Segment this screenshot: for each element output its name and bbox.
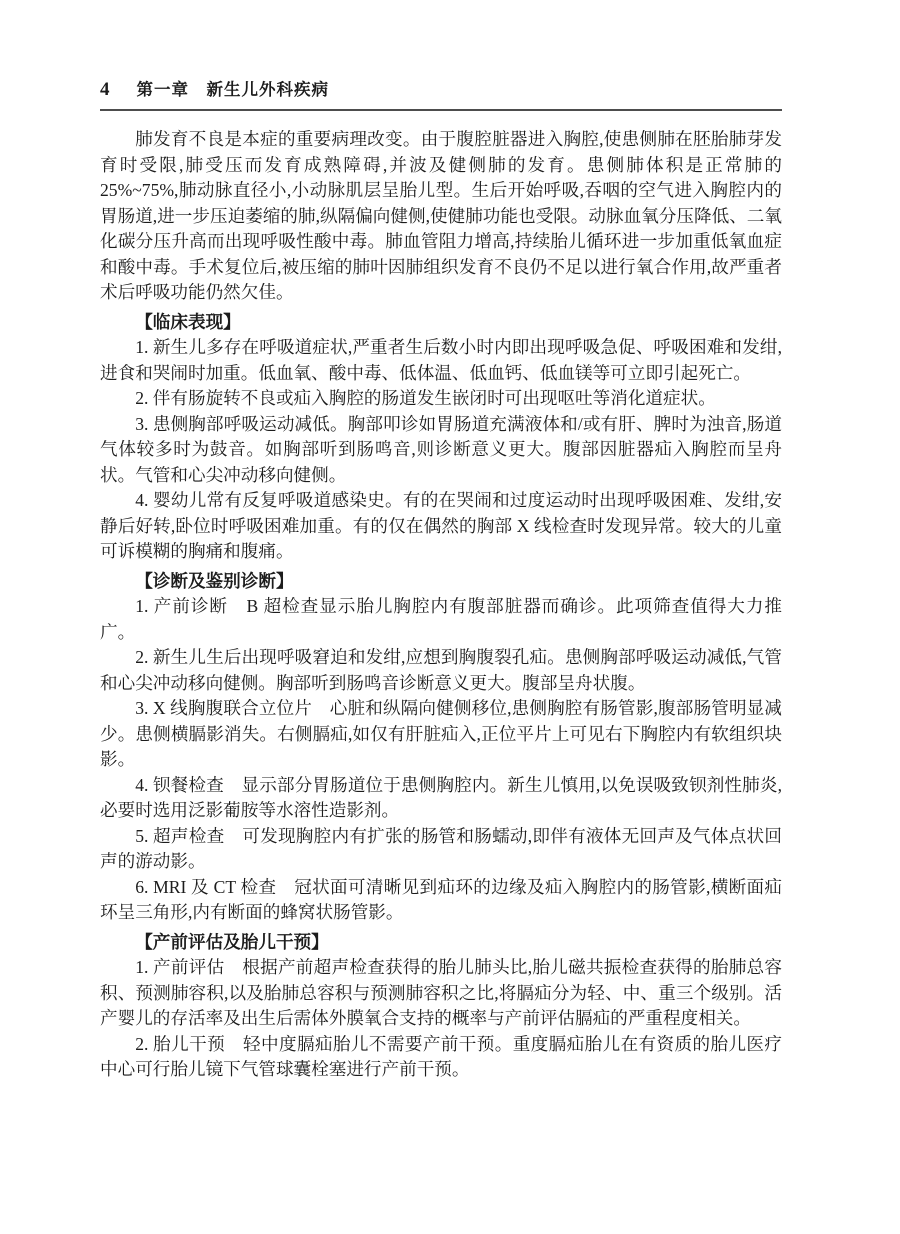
numbered-item: 3. 患侧胸部呼吸运动减低。胸部叩诊如胃肠道充满液体和/或有肝、脾时为浊音,肠道…	[100, 412, 782, 489]
paragraph: 肺发育不良是本症的重要病理改变。由于腹腔脏器进入胸腔,使患侧肺在胚胎肺芽发育时受…	[100, 127, 782, 306]
page-number: 4	[100, 79, 110, 101]
numbered-item: 4. 钡餐检查 显示部分胃肠道位于患侧胸腔内。新生儿慎用,以免误吸致钡剂性肺炎,…	[100, 773, 782, 824]
numbered-item: 1. 新生儿多存在呼吸道症状,严重者生后数小时内即出现呼吸急促、呼吸困难和发绀,…	[100, 335, 782, 386]
book-page: 4 第一章 新生儿外科疾病 肺发育不良是本症的重要病理改变。由于腹腔脏器进入胸腔…	[0, 0, 900, 1234]
text-column: 肺发育不良是本症的重要病理改变。由于腹腔脏器进入胸腔,使患侧肺在胚胎肺芽发育时受…	[100, 127, 782, 1083]
chapter-title: 第一章 新生儿外科疾病	[137, 76, 330, 100]
numbered-item: 2. 新生儿生后出现呼吸窘迫和发绀,应想到胸腹裂孔疝。患侧胸部呼吸运动减低,气管…	[100, 645, 782, 696]
section-heading: 【产前评估及胎儿干预】	[100, 930, 782, 956]
numbered-item: 5. 超声检查 可发现胸腔内有扩张的肠管和肠蠕动,即伴有液体无回声及气体点状回声…	[100, 824, 782, 875]
section-heading: 【诊断及鉴别诊断】	[100, 569, 782, 595]
numbered-item: 2. 伴有肠旋转不良或疝入胸腔的肠道发生嵌闭时可出现呕吐等消化道症状。	[100, 386, 782, 412]
numbered-item: 1. 产前诊断 B 超检查显示胎儿胸腔内有腹部脏器而确诊。此项筛查值得大力推广。	[100, 594, 782, 645]
page-header: 4 第一章 新生儿外科疾病	[100, 76, 782, 111]
numbered-item: 6. MRI 及 CT 检查 冠状面可清晰见到疝环的边缘及疝入胸腔内的肠管影,横…	[100, 875, 782, 926]
numbered-item: 4. 婴幼儿常有反复呼吸道感染史。有的在哭闹和过度运动时出现呼吸困难、发绀,安静…	[100, 488, 782, 565]
section-heading: 【临床表现】	[100, 310, 782, 336]
numbered-item: 1. 产前评估 根据产前超声检查获得的胎儿肺头比,胎儿磁共振检查获得的胎肺总容积…	[100, 955, 782, 1032]
numbered-item: 2. 胎儿干预 轻中度膈疝胎儿不需要产前干预。重度膈疝胎儿在有资质的胎儿医疗中心…	[100, 1032, 782, 1083]
numbered-item: 3. X 线胸腹联合立位片 心脏和纵隔向健侧移位,患侧胸腔有肠管影,腹部肠管明显…	[100, 696, 782, 773]
